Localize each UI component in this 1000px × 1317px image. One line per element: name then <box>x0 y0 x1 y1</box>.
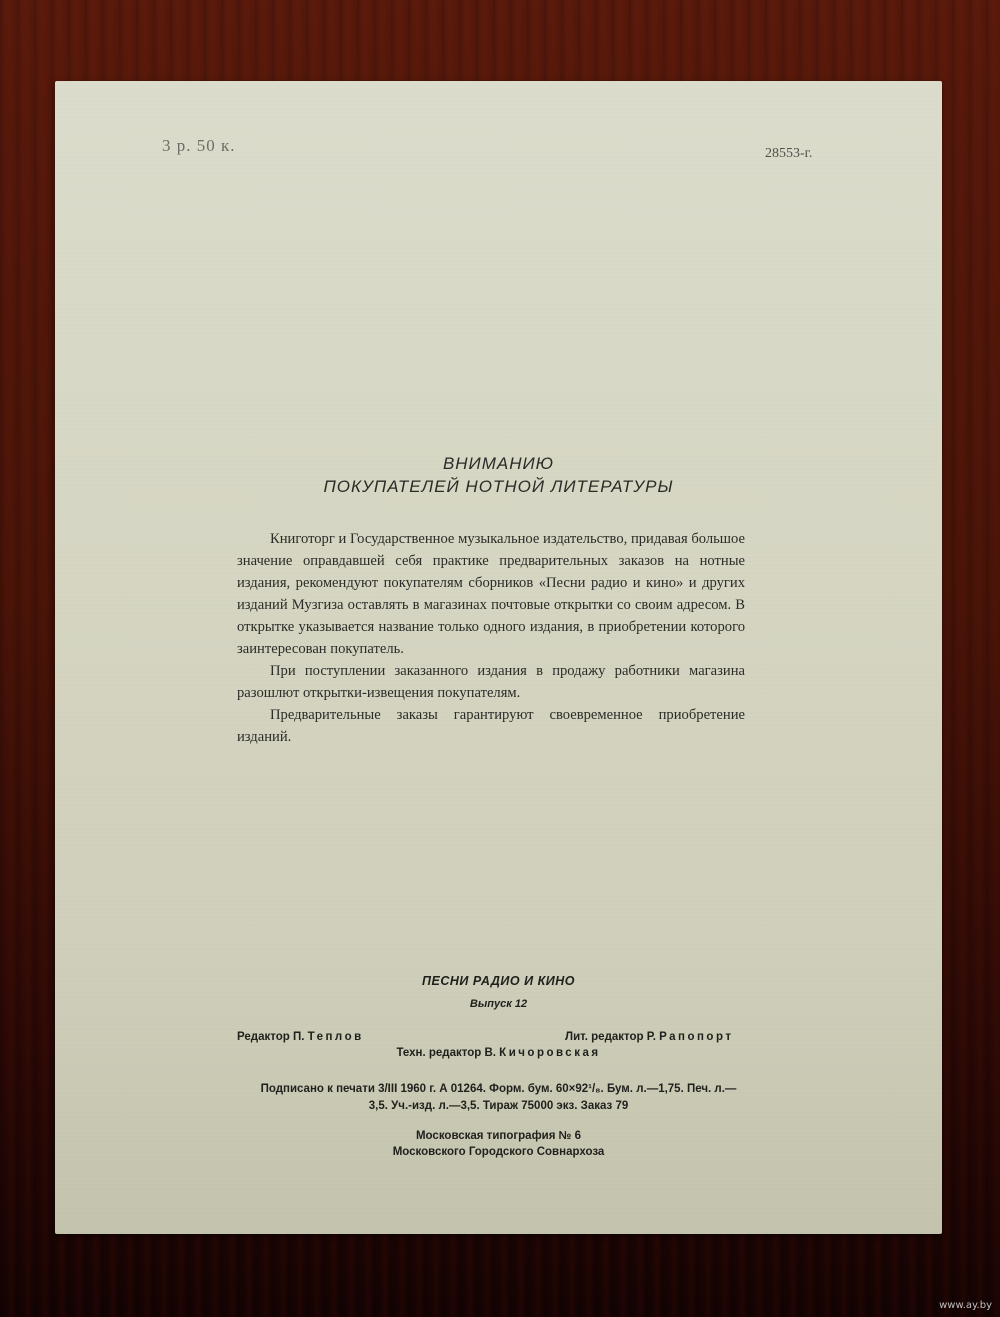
notice-paragraph: Предварительные заказы гарантируют своев… <box>237 704 745 748</box>
issue-number: Выпуск 12 <box>55 998 942 1010</box>
lit-editor-credit: Лит. редактор Р. Рапопорт <box>565 1031 733 1043</box>
print-info-line: 3,5. Уч.-изд. л.—3,5. Тираж 75000 экз. З… <box>55 1098 942 1115</box>
booklet-back-cover: 3 р. 50 к. 28553-г. ВНИМАНИЮ ПОКУПАТЕЛЕЙ… <box>55 81 942 1234</box>
print-info-line: Подписано к печати 3/III 1960 г. А 01264… <box>55 1081 942 1098</box>
printer-line: Московская типография № 6 <box>55 1128 942 1144</box>
price-label: 3 р. 50 к. <box>162 136 236 156</box>
site-watermark: www.ay.by <box>939 1300 992 1311</box>
notice-title-line2: ПОКУПАТЕЛЕЙ НОТНОЙ ЛИТЕРАТУРЫ <box>55 477 942 497</box>
lit-editor-name: Рапопорт <box>659 1031 733 1043</box>
notice-body: Книготорг и Государственное музыкальное … <box>237 528 745 748</box>
editor-credit: Редактор П. Теплов <box>237 1031 364 1043</box>
notice-paragraph: При поступлении заказанного издания в пр… <box>237 660 745 704</box>
editor-name: Теплов <box>308 1031 364 1043</box>
lit-editor-label: Лит. редактор Р. <box>565 1031 656 1043</box>
series-title: ПЕСНИ РАДИО И КИНО <box>55 974 942 988</box>
catalog-code: 28553-г. <box>765 146 812 162</box>
tech-editor-name: Кичоровская <box>499 1047 600 1059</box>
notice-title-line1: ВНИМАНИЮ <box>55 454 942 474</box>
tech-editor-label: Техн. редактор В. <box>396 1047 496 1059</box>
printer-line: Московского Городского Совнархоза <box>55 1144 942 1160</box>
notice-paragraph: Книготорг и Государственное музыкальное … <box>237 528 745 660</box>
print-info: Подписано к печати 3/III 1960 г. А 01264… <box>55 1081 942 1115</box>
printer-info: Московская типография № 6 Московского Го… <box>55 1128 942 1160</box>
tech-editor-credit: Техн. редактор В. Кичоровская <box>55 1047 942 1059</box>
editor-label: Редактор П. <box>237 1031 304 1043</box>
